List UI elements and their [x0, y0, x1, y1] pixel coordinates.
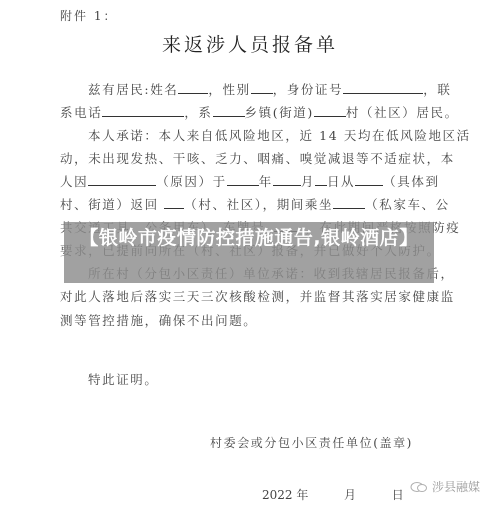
gender-blank [251, 82, 273, 94]
signature-line: 村委会或分包小区责任单位(盖章) [210, 434, 413, 451]
reason-blank [88, 174, 156, 186]
id-blank [343, 82, 423, 94]
belongs-label: ，系 [184, 105, 212, 120]
date-line: 2022 年 月 日 [262, 486, 404, 503]
promise-line-3: 人因（原因）于年月日从（具体到 [60, 174, 444, 190]
attachment-label: 附件 1： [60, 7, 117, 24]
gender-label: ，性别 [208, 82, 250, 97]
source-watermark: 涉县融媒 [410, 478, 480, 495]
month-blank [273, 174, 301, 186]
resident-info-line-1: 兹有居民:姓名，性别，身份证号，联 [88, 82, 444, 98]
wechat-icon [410, 481, 428, 493]
name-blank [178, 82, 208, 94]
transport-blank [333, 197, 365, 209]
date-day: 日 [392, 486, 404, 503]
contact-label-start: ，联 [423, 82, 451, 97]
day-from-label: 日从 [327, 174, 355, 189]
watermark-text: 涉县融媒 [432, 478, 480, 495]
headline-banner-text[interactable]: 【银岭市疫情防控措施通告,银岭酒店】 [64, 225, 434, 251]
return-blank [164, 197, 184, 209]
specific-label: （具体到 [383, 174, 439, 189]
origin-blank [355, 174, 383, 186]
transport-label: （村、社区），期间乘坐 [184, 197, 333, 212]
date-month: 月 [344, 486, 356, 503]
resident-info-line-2: 系电话，系乡镇(街道)村（社区）居民。 [60, 105, 444, 121]
village-label: 村（社区）居民。 [346, 105, 459, 120]
reason-label: （原因）于 [156, 174, 227, 189]
date-year: 2022 年 [262, 486, 308, 503]
town-blank [213, 105, 245, 117]
document-title: 来返涉人员报备单 [0, 30, 500, 57]
unit-promise-line-2: 对此人落地后落实三天三次核酸检测，并监督其落实居家健康监 [60, 289, 444, 305]
promise-line-4: 村、街道）返回 （村、社区），期间乘坐（私家车、公 [60, 197, 444, 213]
year-label: 年 [259, 174, 273, 189]
vehicle-type-label: （私家车、公 [365, 197, 450, 212]
return-label: 村、街道）返回 [60, 197, 159, 212]
closing-statement: 特此证明。 [88, 370, 159, 388]
name-label: 兹有居民:姓名 [88, 82, 178, 97]
promise-line-1: 本人承诺：本人来自低风险地区，近 14 天均在低风险地区活 [88, 128, 444, 144]
unit-promise-line-3: 测等管控措施，确保不出问题。 [60, 313, 444, 329]
promise-line-2: 动，未出现发热、干咳、乏力、咽痛、嗅觉减退等不适症状，本 [60, 151, 444, 167]
id-label: ，身份证号 [273, 82, 344, 97]
year-blank [227, 174, 259, 186]
month-label: 月 [301, 174, 315, 189]
village-blank [314, 105, 346, 117]
reason-prefix: 人因 [60, 174, 88, 189]
phone-label: 系电话 [60, 105, 102, 120]
day-blank [315, 174, 327, 186]
phone-blank [102, 105, 184, 117]
town-label: 乡镇(街道) [245, 105, 314, 120]
